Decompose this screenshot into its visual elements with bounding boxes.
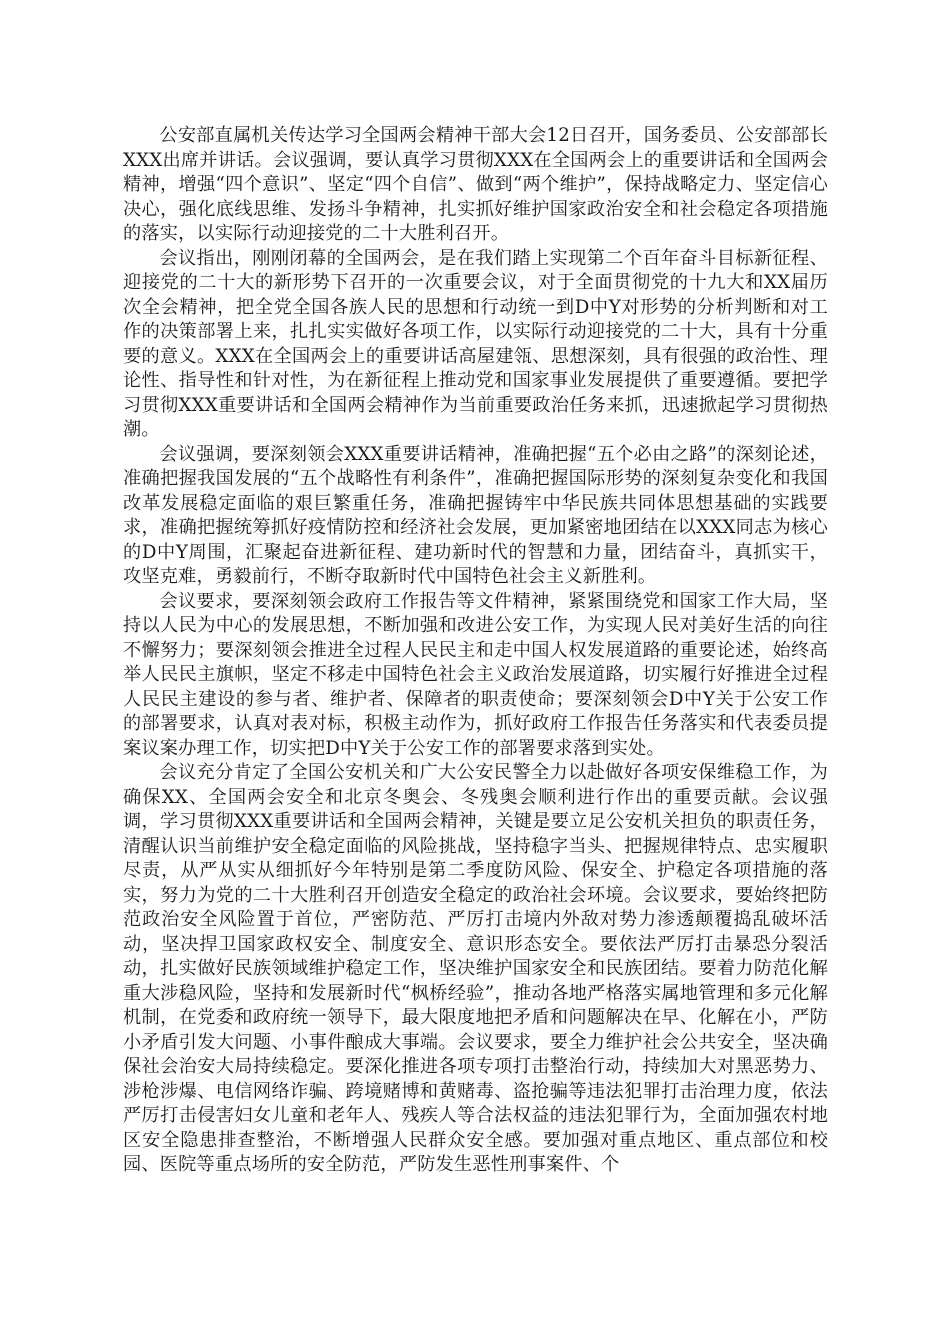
paragraph-opening: 公安部直属机关传达学习全国两会精神干部大会12日召开，国务委员、公安部部长XXX… xyxy=(123,124,828,247)
document-page: 公安部直属机关传达学习全国两会精神干部大会12日召开，国务委员、公安部部长XXX… xyxy=(123,124,828,1178)
paragraph-meeting-emphasis: 会议强调，要深刻领会XXX重要讲话精神，准确把握“五个必由之路”的深刻论述，准确… xyxy=(123,443,828,590)
paragraph-meeting-requirements: 会议要求，要深刻领会政府工作报告等文件精神，紧紧围绕党和国家工作大局，坚持以人民… xyxy=(123,590,828,762)
paragraph-meeting-affirmation: 会议充分肯定了全国公安机关和广大公安民警全力以赴做好各项安保维稳工作，为确保XX… xyxy=(123,761,828,1178)
paragraph-meeting-points: 会议指出，刚刚闭幕的全国两会，是在我们踏上实现第二个百年奋斗目标新征程、迎接党的… xyxy=(123,247,828,443)
